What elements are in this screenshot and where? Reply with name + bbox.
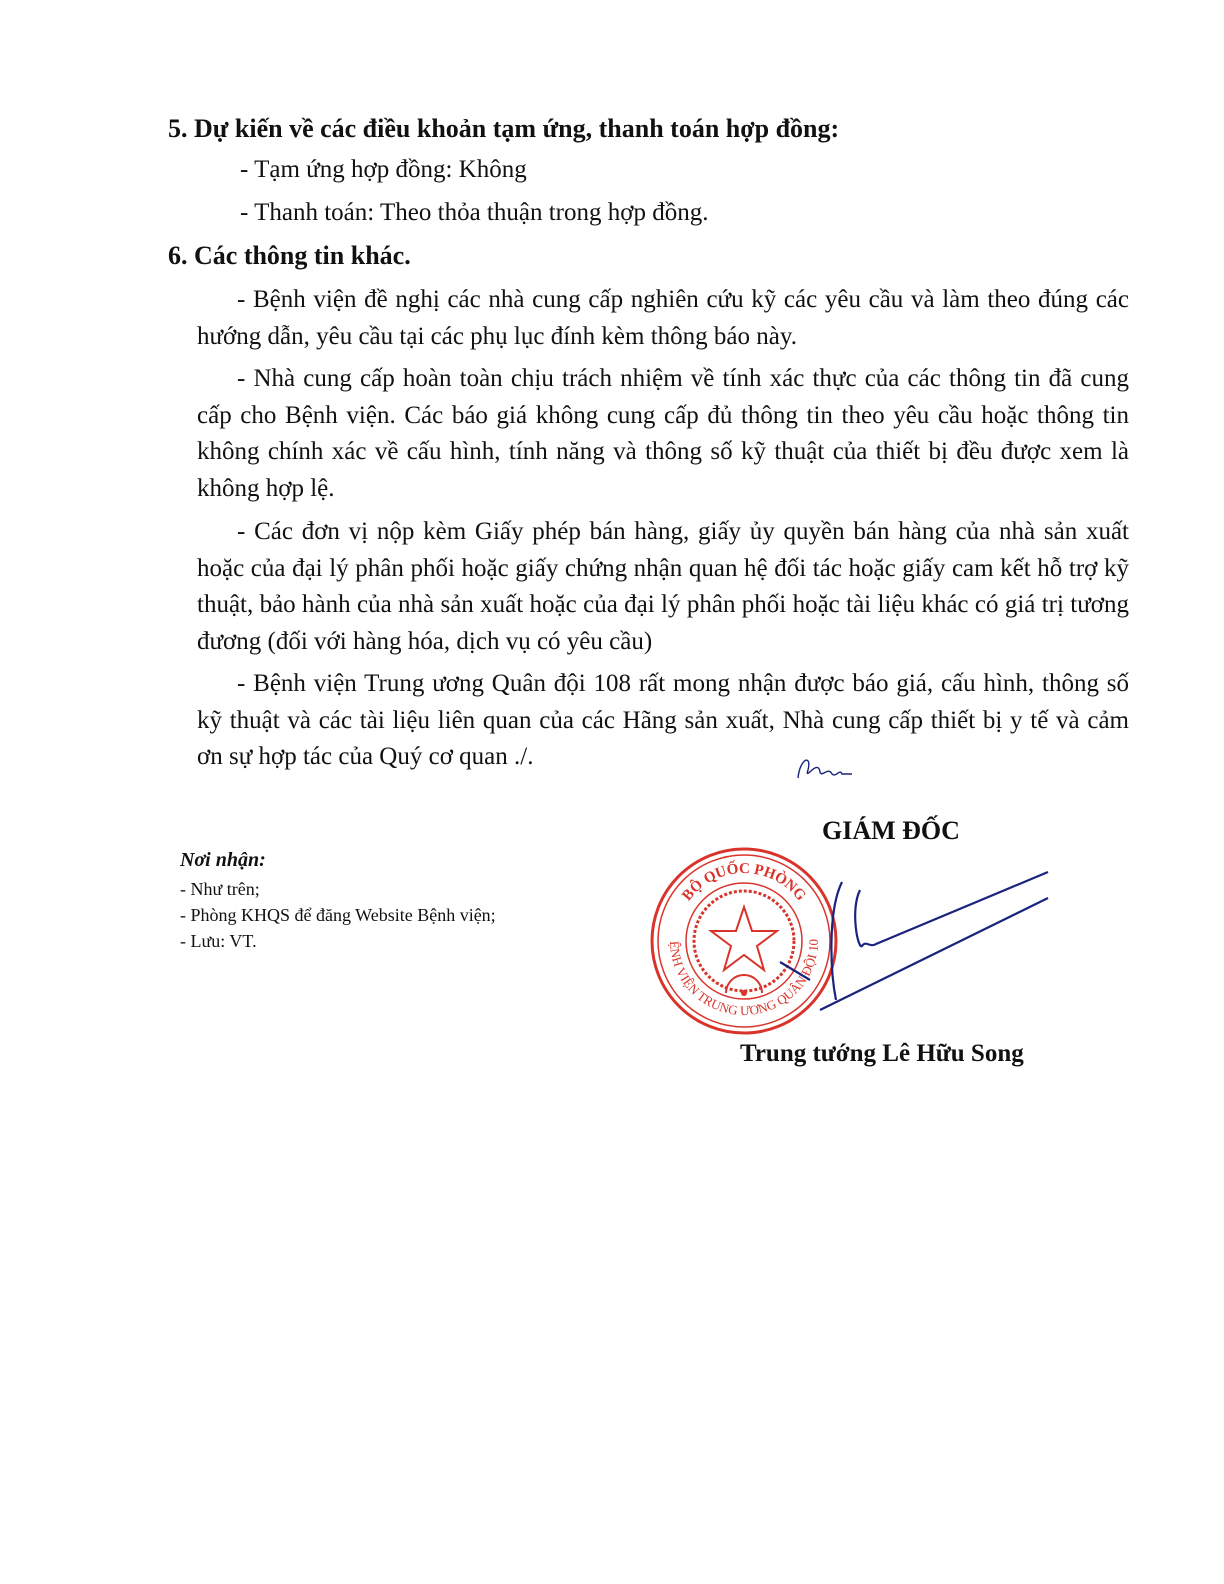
- advance-payment-item: - Tạm ứng hợp đồng: Không: [240, 156, 527, 184]
- paragraph-responsibility: - Nhà cung cấp hoàn toàn chịu trách nhiệ…: [197, 361, 1129, 507]
- director-signature-icon: [780, 870, 1050, 1010]
- paragraph-requirements: - Bệnh viện đề nghị các nhà cung cấp ngh…: [197, 282, 1129, 355]
- signer-name: Trung tướng Lê Hữu Song: [740, 1040, 1024, 1068]
- recipient-item: - Phòng KHQS để đăng Website Bệnh viện;: [180, 902, 496, 928]
- recipient-item: - Lưu: VT.: [180, 928, 257, 954]
- section-6-heading: 6. Các thông tin khác.: [168, 241, 411, 271]
- section-5-heading: 5. Dự kiến về các điều khoản tạm ứng, th…: [168, 114, 839, 144]
- paragraph-closing: - Bệnh viện Trung ương Quân đội 108 rất …: [197, 666, 1129, 776]
- signer-title: GIÁM ĐỐC: [822, 816, 960, 846]
- payment-item: - Thanh toán: Theo thỏa thuận trong hợp …: [240, 199, 708, 227]
- paragraph-documents: - Các đơn vị nộp kèm Giấy phép bán hàng,…: [197, 514, 1129, 660]
- recipient-item: - Như trên;: [180, 876, 260, 902]
- recipients-title: Nơi nhận:: [180, 849, 266, 872]
- initial-signature-icon: [790, 748, 860, 788]
